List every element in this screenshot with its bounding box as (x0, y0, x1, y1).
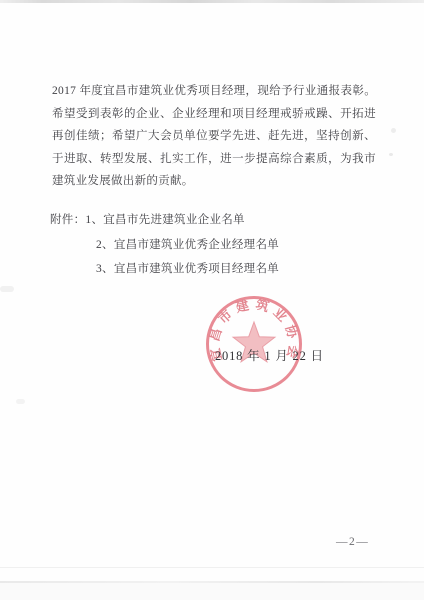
scan-speck (16, 399, 25, 404)
body-line: 建筑业发展做出新的贡献。 (52, 170, 376, 193)
body-line: 再创佳绩；希望广大会员单位要学先进、赶先进，坚持创新、勇 (52, 125, 376, 148)
attachment-item: 1、宜昌市先进建筑业企业名单 (85, 214, 244, 226)
scan-edge-artifact-mid (0, 567, 424, 568)
scan-background-strip (0, 583, 424, 600)
attachment-label: 附件： (50, 214, 85, 226)
scanned-document-page: 2017 年度宜昌市建筑业优秀项目经理，现给予行业通报表彰。 希望受到表彰的企业… (0, 0, 424, 600)
scan-speck (0, 286, 14, 292)
document-date: 2018 年 1 月 22 日 (215, 346, 324, 364)
scan-speck (391, 128, 396, 133)
attachment-item: 3、宜昌市建筑业优秀项目经理名单 (96, 260, 279, 276)
official-seal: 宜昌市建筑业协会 (199, 289, 309, 399)
attachment-first-line: 附件：1、宜昌市先进建筑业企业名单 (50, 211, 245, 227)
body-line: 2017 年度宜昌市建筑业优秀项目经理，现给予行业通报表彰。 (52, 80, 376, 103)
scan-edge-artifact-bottom (0, 581, 424, 583)
body-line: 于进取、转型发展、扎实工作，进一步提高综合素质，为我市的 (52, 148, 376, 171)
body-line: 希望受到表彰的企业、企业经理和项目经理戒骄戒躁、开拓进取、 (52, 103, 376, 126)
scan-edge-artifact-top (0, 0, 424, 3)
page-number: —2— (336, 536, 369, 548)
scan-speck (389, 153, 393, 156)
attachment-item: 2、宜昌市建筑业优秀企业经理名单 (96, 236, 279, 252)
body-paragraph: 2017 年度宜昌市建筑业优秀项目经理，现给予行业通报表彰。 希望受到表彰的企业… (52, 80, 376, 193)
